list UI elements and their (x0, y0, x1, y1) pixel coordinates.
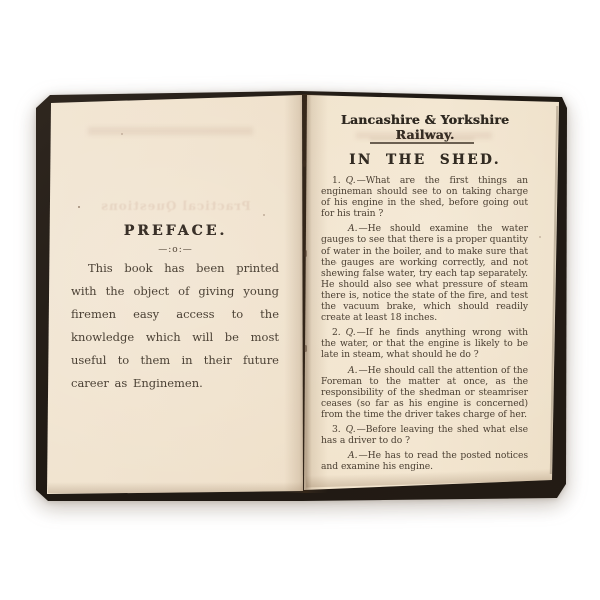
question-number: 1. (332, 175, 346, 186)
question-number: 3. (332, 424, 346, 435)
answer-text: —He should examine the water gauges to s… (321, 223, 528, 323)
section-heading: IN THE SHED. (322, 152, 528, 168)
foxing-speck (263, 214, 265, 216)
question-label: Q. (346, 175, 357, 186)
preface-ornament: —:o:— (72, 245, 279, 255)
show-through-title: Practical Questions (72, 199, 279, 213)
question-number: 2. (332, 327, 346, 338)
foxing-speck (121, 133, 123, 135)
foxing-speck (539, 236, 541, 238)
show-through-smudge (88, 127, 253, 135)
question-paragraph: 1.Q.—What are the first things an engine… (321, 175, 528, 219)
question-label: Q. (346, 327, 357, 338)
preface-paragraph: This book has been printed with the obje… (71, 257, 279, 395)
foxing-speck (78, 206, 80, 208)
foxing-speck (335, 262, 337, 264)
answer-label: A. (348, 450, 358, 461)
answer-paragraph: A.—He should examine the water gauges to… (321, 223, 528, 323)
page-bottom-shade (48, 482, 303, 493)
answer-label: A. (348, 223, 358, 234)
answer-paragraph: A.—He should call the attention of the F… (321, 365, 528, 420)
preface-heading: PREFACE. (72, 223, 279, 239)
question-paragraph: 3.Q.—Before leaving the shed what else h… (321, 424, 528, 446)
question-answer-body: 1.Q.—What are the first things an engine… (321, 175, 528, 472)
answer-label: A. (348, 365, 358, 376)
question-paragraph: 2.Q.—If he finds anything wrong with the… (321, 327, 528, 360)
answer-paragraph: A.—He has to read the posted notices and… (321, 450, 528, 472)
header-rule (370, 142, 474, 144)
show-through-smudge (356, 132, 492, 139)
question-label: Q. (346, 424, 357, 435)
book-photo: Practical Questions PREFACE. —:o:— This … (0, 0, 600, 600)
